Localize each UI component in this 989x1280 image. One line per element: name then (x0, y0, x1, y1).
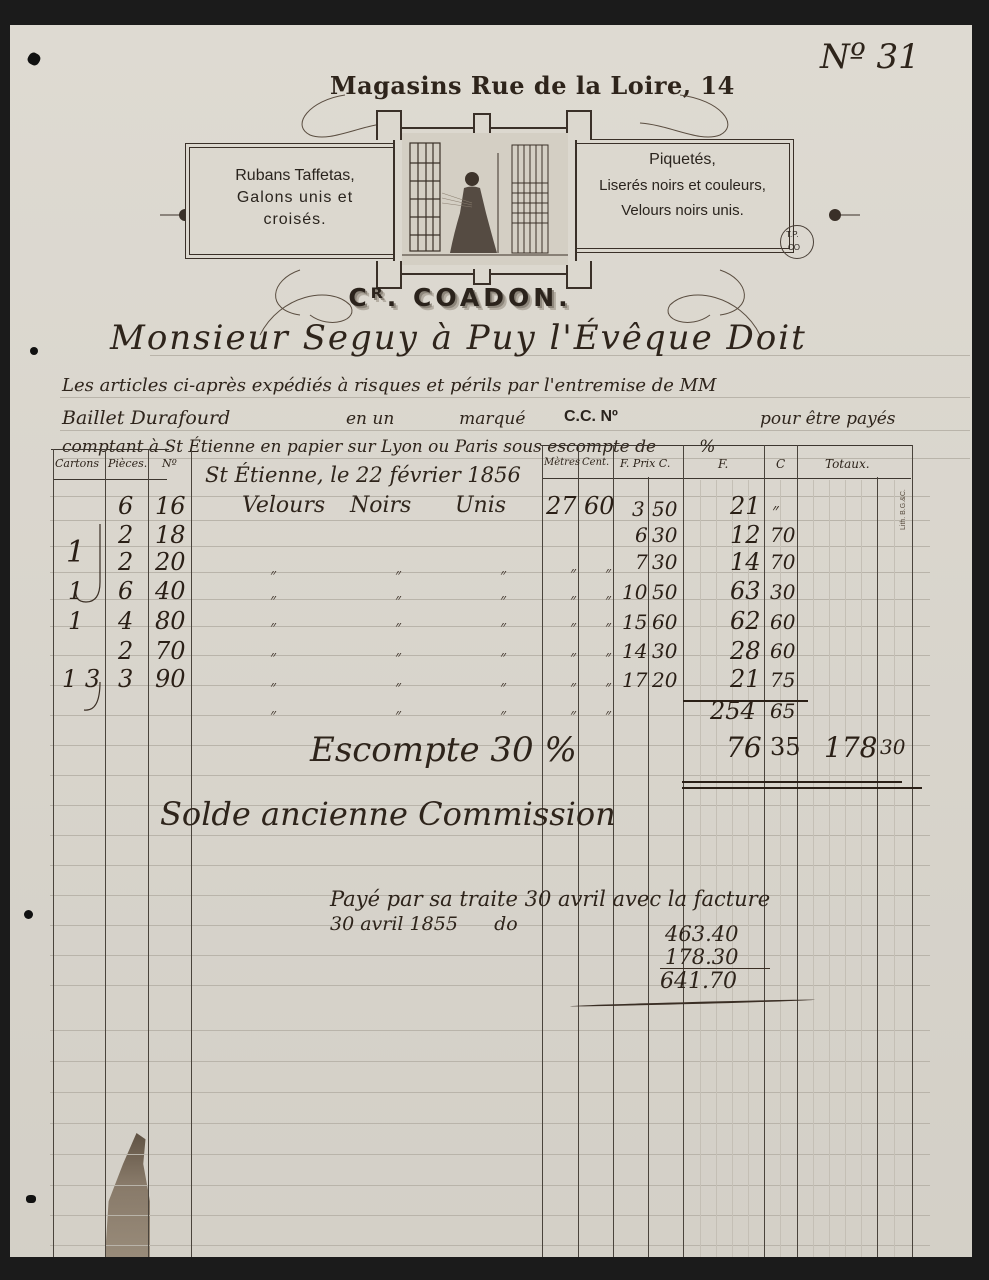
description-3: Unis (455, 493, 506, 518)
mark-label: C.C. Nº (564, 408, 618, 426)
ditto-mark: ״ (500, 705, 506, 725)
col-line (912, 445, 913, 1257)
total-centimes: 30 (880, 735, 905, 759)
hole-mark-middle (30, 347, 38, 355)
cent-cell: ״ (605, 705, 611, 725)
col-line (53, 449, 54, 1257)
francs-cell: 21 (730, 665, 761, 693)
prix-c-cell: 50 (652, 497, 677, 521)
rule-line (60, 430, 970, 431)
hole-mark-bottom (26, 1195, 36, 1203)
centimes-cell: 70 (770, 550, 795, 574)
left-panel-line-3: croisés. (195, 211, 395, 229)
prix-f-cell: 3 (632, 497, 645, 521)
cartouche-tab-top-center (473, 113, 491, 133)
francs-cell: 12 (730, 521, 761, 549)
hole-mark-lower (24, 910, 33, 919)
solde-note: Solde ancienne Commission (160, 795, 616, 833)
calc-underline (570, 999, 815, 1007)
prix-f-cell: 17 (622, 668, 647, 692)
numero-cell: 18 (155, 521, 186, 549)
cartons-cell: 1 (66, 535, 85, 570)
calc-line-3: 641.70 (660, 969, 737, 994)
francs-cell: 21 (730, 492, 761, 520)
terms-line-3: en un marqué (346, 409, 525, 429)
numero-cell: 40 (155, 577, 186, 605)
total-francs: 178 (824, 731, 877, 764)
ditto-mark: ״ (395, 677, 401, 697)
ditto-mark: ״ (270, 617, 276, 637)
prix-f-cell: 10 (622, 580, 647, 604)
pieces-cell: 3 (118, 665, 133, 693)
francs-cell: 63 (730, 577, 761, 605)
header-prix: F. Prix C. (620, 457, 670, 470)
ditto-mark: ״ (270, 705, 276, 725)
cent-cell: ״ (605, 677, 611, 697)
centimes-cell: 70 (770, 523, 795, 547)
col-line (148, 449, 149, 1257)
escompte-francs: 76 (726, 731, 762, 764)
header-centimes: C (776, 457, 785, 471)
ditto-mark: ״ (395, 590, 401, 610)
ditto-mark: ״ (395, 647, 401, 667)
numero-cell: 20 (155, 548, 186, 576)
carrier-name: Baillet Durafourd (62, 407, 230, 429)
prix-c-cell: 30 (652, 523, 677, 547)
prix-c-cell: 20 (652, 668, 677, 692)
left-panel-line-1: Rubans Taffetas, (195, 167, 395, 185)
col-line (877, 477, 878, 1257)
metres-cell: 27 (546, 492, 577, 520)
terms-line-4: comptant à St Étienne en papier sur Lyon… (62, 437, 715, 457)
invoice-paper: Nº 31 Magasins Rue de la Loire, 14 Ruban… (10, 25, 972, 1257)
col-line (683, 445, 684, 1257)
prix-f-cell: 14 (622, 639, 647, 663)
header-francs: F. (718, 457, 728, 471)
pieces-cell: 2 (118, 548, 133, 576)
pieces-cell: 2 (118, 521, 133, 549)
prix-c-cell: 60 (652, 610, 677, 634)
calc-line-2: 178.30 (665, 945, 738, 969)
prix-c-cell: 50 (652, 580, 677, 604)
right-panel-line-3: Velours noirs unis. (575, 202, 790, 219)
right-panel-line-1: Piquetés, (575, 151, 790, 169)
cartons-cell: 1 (68, 577, 83, 605)
numero-cell: 16 (155, 492, 186, 520)
hole-mark-top (26, 51, 42, 67)
metres-cell: ״ (570, 705, 576, 725)
centimes-cell: 60 (770, 610, 795, 634)
prix-f-cell: 7 (635, 550, 648, 574)
stamp-text-top: T.P. (786, 230, 799, 239)
cent-cell: ״ (605, 563, 611, 583)
header-cartons: Cartons (55, 457, 99, 470)
francs-cell: 62 (730, 607, 761, 635)
cartouche-tab-top-left (376, 110, 402, 140)
pieces-cell: 2 (118, 637, 133, 665)
pieces-cell: 4 (118, 607, 133, 635)
pieces-cell: 6 (118, 577, 133, 605)
right-header-top (541, 445, 913, 446)
cent-cell: 60 (584, 492, 615, 520)
centimes-cell: ״ (772, 500, 779, 521)
francs-cell: 14 (730, 548, 761, 576)
cartouche-tab-top-right (566, 110, 592, 140)
col-line (797, 445, 798, 1257)
ditto-mark: ״ (395, 705, 401, 725)
ditto-mark: ״ (500, 647, 506, 667)
escompte-label: Escompte 30 % (310, 730, 577, 770)
centimes-cell: 60 (770, 639, 795, 663)
prix-c-cell: 30 (652, 639, 677, 663)
description-2: Noirs (350, 493, 411, 518)
metres-cell: ״ (570, 617, 576, 637)
numero-cell: 90 (155, 665, 186, 693)
prix-f-cell: 15 (622, 610, 647, 634)
printer-mark: Lith. B.G.&C. (900, 489, 907, 530)
rule-line (60, 397, 970, 398)
francs-cell: 28 (730, 637, 761, 665)
header-metres: Mètres (544, 457, 580, 468)
payment-note-line-1: Payé par sa traite 30 avril avec la fact… (330, 887, 770, 911)
right-panel-line-2: Liserés noirs et couleurs, (575, 177, 790, 194)
header-cent: Cent. (582, 457, 609, 468)
cent-cell: ״ (605, 647, 611, 667)
centimes-cell: 75 (770, 668, 795, 692)
ditto-mark: ״ (270, 590, 276, 610)
prix-f-cell: 6 (635, 523, 648, 547)
col-line (191, 449, 192, 1257)
metres-cell: ״ (570, 677, 576, 697)
escompte-centimes: 35 (770, 733, 801, 761)
pieces-cell: 6 (118, 492, 133, 520)
col-line (613, 445, 614, 1257)
header-numero: Nº (162, 457, 177, 470)
payment-note-line-2: 30 avril 1855 do (330, 913, 518, 935)
col-line (764, 445, 765, 1257)
ditto-mark: ״ (395, 565, 401, 585)
header-totaux: Totaux. (825, 457, 870, 471)
cartons-cell: 1 3 (62, 665, 100, 693)
left-header-top (51, 449, 169, 450)
ditto-mark: ״ (500, 677, 506, 697)
total-rule-bottom (682, 787, 922, 789)
ditto-mark: ״ (500, 590, 506, 610)
centimes-cell: 30 (770, 580, 795, 604)
col-line (542, 445, 543, 1257)
stamp-text-bottom: CO (788, 243, 800, 252)
prix-c-cell: 30 (652, 550, 677, 574)
description-1: Velours (242, 493, 325, 518)
invoice-date: St Étienne, le 22 février 1856 (205, 463, 521, 487)
ditto-mark: ״ (395, 617, 401, 637)
recipient-line: Monsieur Seguy à Puy l'Évêque Doit (110, 318, 807, 358)
left-panel-line-2: Galons unis et (195, 189, 395, 207)
metres-cell: ״ (570, 590, 576, 610)
metres-cell: ״ (570, 647, 576, 667)
calc-line-1: 463.40 (665, 922, 738, 946)
weaver-illustration (402, 133, 568, 265)
company-name: Cᴿ. COADON. (310, 283, 610, 312)
cartons-cell: 1 (68, 607, 83, 635)
ditto-mark: ״ (500, 565, 506, 585)
terms-line-2: Les articles ci-après expédiés à risques… (62, 375, 716, 396)
col-line (648, 477, 649, 1257)
metres-cell: ״ (570, 563, 576, 583)
ditto-mark: ״ (500, 617, 506, 637)
left-header-bottom (53, 479, 167, 480)
terms-line-3-end: pour être payés (760, 409, 896, 429)
numero-cell: 80 (155, 607, 186, 635)
ditto-mark: ״ (270, 565, 276, 585)
ditto-mark: ״ (270, 647, 276, 667)
right-header-bottom (543, 478, 911, 479)
subtotal-centimes: 65 (770, 699, 795, 723)
numero-cell: 70 (155, 637, 186, 665)
col-line (578, 445, 579, 1257)
cent-cell: ״ (605, 590, 611, 610)
subtotal-francs: 254 (710, 697, 756, 725)
header-pieces: Pièces. (108, 457, 147, 470)
ditto-mark: ״ (270, 677, 276, 697)
cent-cell: ״ (605, 617, 611, 637)
paper-stain (105, 1133, 150, 1257)
total-rule-top (682, 781, 902, 783)
